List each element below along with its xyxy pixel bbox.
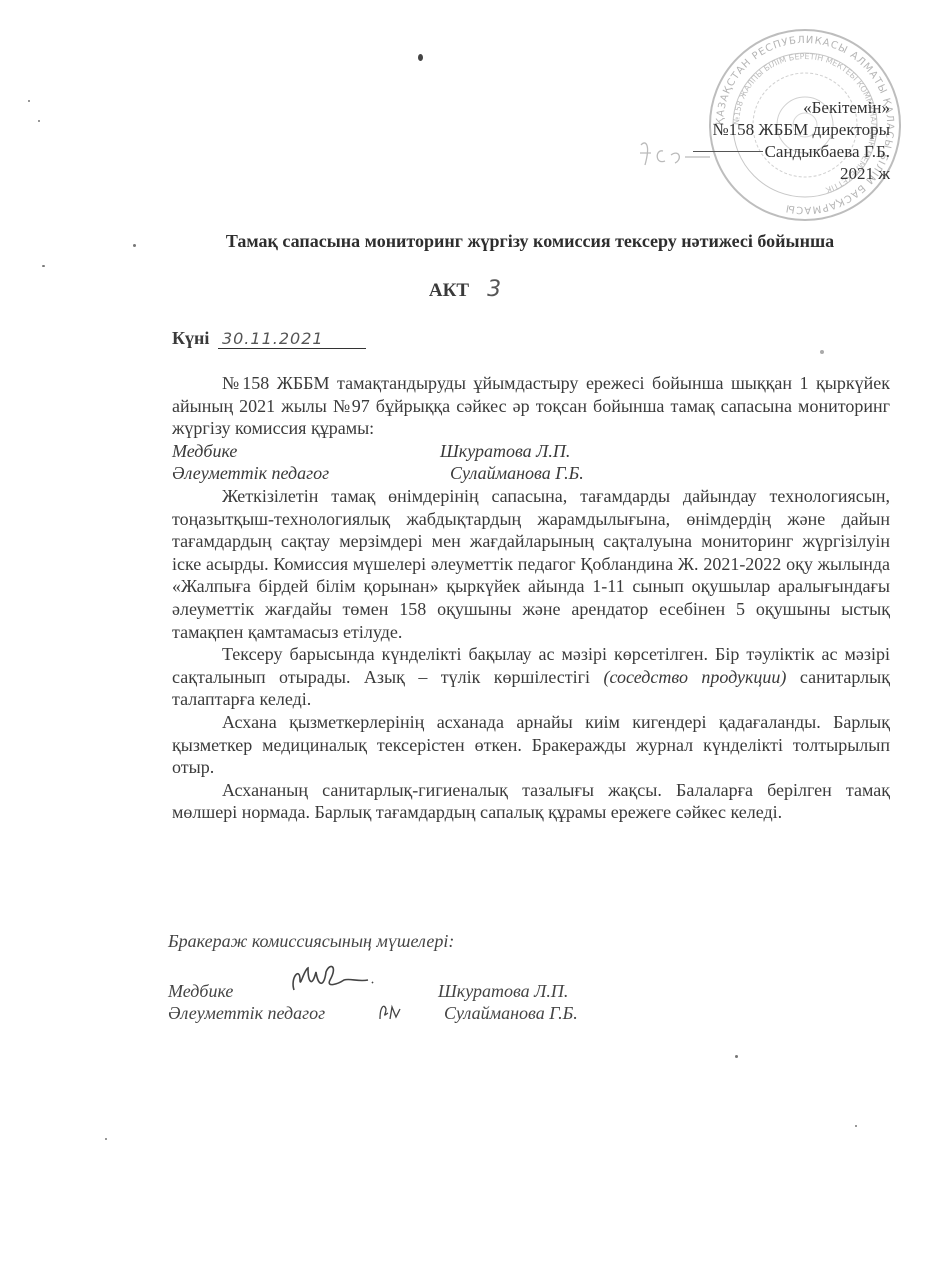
document-page: ҚАЗАҚСТАН РЕСПУБЛИКАСЫ АЛМАТЫ ҚАЛАСЫ БІЛ… bbox=[0, 0, 930, 1280]
member-role: Медбике bbox=[172, 440, 440, 463]
scan-speck bbox=[28, 100, 30, 102]
approval-name-row: Сандыкбаева Г.Б. bbox=[693, 141, 890, 163]
scan-speck bbox=[855, 1125, 857, 1127]
paragraph-menu: Тексеру барысында күнделікті бақылау ас … bbox=[172, 643, 890, 711]
paragraph-staff: Асхана қызметкерлерінің асханада арнайы … bbox=[172, 711, 890, 779]
document-title: Тамақ сапасына мониторинг жүргізу комисс… bbox=[170, 229, 890, 253]
paragraph-monitoring: Жеткізілетін тамақ өнімдерінің сапасына,… bbox=[172, 485, 890, 643]
approval-position: №158 ЖББМ директоры bbox=[693, 119, 890, 141]
scan-speck bbox=[735, 1055, 738, 1058]
scan-speck bbox=[42, 265, 45, 267]
member-role: Әлеуметтік педагог bbox=[172, 462, 450, 485]
act-heading: АКТ3 bbox=[0, 277, 930, 302]
approval-block: «Бекітемін» №158 ЖББМ директоры Сандыкба… bbox=[693, 97, 890, 185]
signatory-row: Медбике Шкуратова Л.П. bbox=[168, 980, 668, 1002]
date-value: 30.11.2021 bbox=[218, 329, 366, 349]
paragraph-menu-italic: (соседство продукции) bbox=[603, 667, 786, 687]
signatory-row: Әлеуметтік педагог Сулайманова Г.Б. bbox=[168, 1002, 668, 1024]
signatory-name: Сулайманова Г.Б. bbox=[444, 1002, 578, 1024]
scan-speck bbox=[418, 54, 423, 61]
approval-year: 2021 ж bbox=[693, 163, 890, 185]
act-number: 3 bbox=[487, 277, 501, 302]
approval-label: «Бекітемін» bbox=[693, 97, 890, 119]
date-row: Күні 30.11.2021 bbox=[172, 328, 366, 349]
approval-name: Сандыкбаева Г.Б. bbox=[765, 142, 890, 161]
signatory-name: Шкуратова Л.П. bbox=[438, 980, 568, 1002]
scan-speck bbox=[133, 244, 136, 247]
document-body: №158 ЖББМ тамақтандыруды ұйымдастыру ере… bbox=[172, 372, 890, 824]
signatures-block: Бракераж комиссиясының мүшелері: Медбике… bbox=[168, 930, 668, 1024]
signature-line bbox=[693, 151, 763, 152]
commission-member: Әлеуметтік педагог Сулайманова Г.Б. bbox=[172, 462, 890, 485]
scan-speck bbox=[820, 350, 824, 354]
scan-speck bbox=[105, 1138, 107, 1140]
social-pedagogue-signature-icon bbox=[376, 999, 406, 1023]
date-label: Күні bbox=[172, 328, 209, 348]
scan-speck bbox=[38, 120, 40, 122]
member-name: Шкуратова Л.П. bbox=[440, 440, 570, 463]
member-name: Сулайманова Г.Б. bbox=[450, 462, 584, 485]
act-label: АКТ bbox=[429, 280, 469, 301]
paragraph-hygiene: Асхананың санитарлық-гигиеналық тазалығы… bbox=[172, 779, 890, 824]
commission-member: Медбике Шкуратова Л.П. bbox=[172, 440, 890, 463]
intro-paragraph: №158 ЖББМ тамақтандыруды ұйымдастыру ере… bbox=[172, 372, 890, 440]
signatures-heading: Бракераж комиссиясының мүшелері: bbox=[168, 930, 668, 952]
nurse-signature-icon bbox=[286, 958, 376, 998]
